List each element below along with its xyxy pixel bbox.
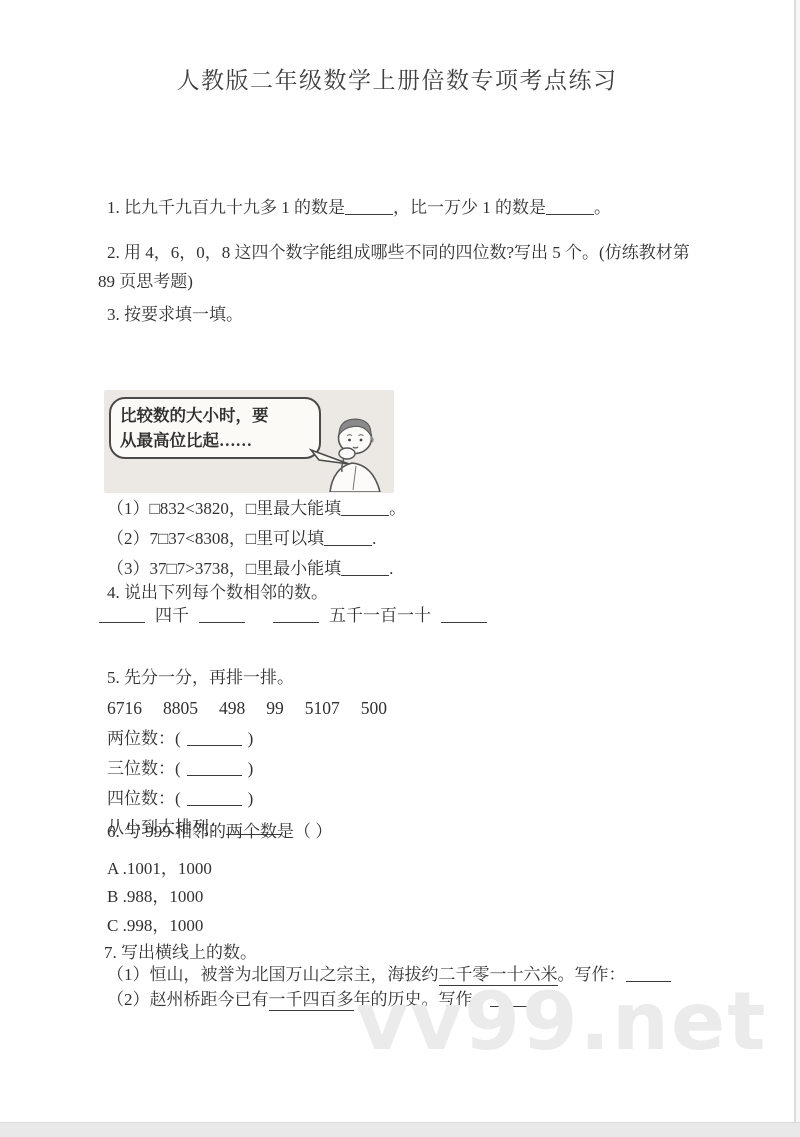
option-a: A .1001，1000: [107, 857, 212, 880]
answer-blank: [341, 562, 389, 576]
question-3-item-3-end: .: [389, 559, 393, 578]
number-item: 5107: [305, 698, 340, 718]
question-3-item-2: （2）7□37<8308，□里可以填.: [107, 527, 406, 550]
question-1-text-b: ，比一万少 1 的数是: [393, 198, 546, 217]
thinking-boy-icon: [320, 410, 392, 492]
speech-bubble-line2: 从最高位比起……: [120, 429, 311, 454]
question-3-item-2-text: （2）7□37<8308，□里可以填: [107, 529, 324, 548]
question-6-heading: 6. 与 999 相邻的两个数是（ ）: [107, 820, 332, 843]
underlined-phrase: 一千四百多: [269, 990, 354, 1011]
row-close: ): [248, 789, 254, 808]
question-7-item-2-text: （2）赵州桥距今已有: [107, 990, 269, 1009]
answer-blank: [187, 792, 242, 806]
number-item: 6716: [107, 698, 142, 718]
row-close: ): [248, 729, 254, 748]
question-4-heading: 4. 说出下列每个数相邻的数。: [107, 581, 328, 604]
number-item: 8805: [163, 698, 198, 718]
question-3-item-2-end: .: [372, 529, 376, 548]
question-1-text-c: 。: [594, 198, 611, 217]
row-label: 四位数：(: [107, 789, 181, 808]
question-3-item-3-text: （3）37□7>3738，□里最小能填: [107, 559, 341, 578]
answer-blank: [99, 609, 145, 623]
number-item: 500: [361, 698, 387, 718]
answer-blank: [546, 201, 594, 215]
question-7-heading: 7. 写出横线上的数。: [104, 941, 257, 964]
question-3-item-1: （1）□832<3820，□里最大能填。: [107, 497, 406, 520]
question-4-blanks-line: 四千五千一百一十: [99, 604, 487, 627]
page-right-edge: [794, 0, 796, 1122]
question-5-heading: 5. 先分一分，再排一排。: [107, 666, 408, 689]
question-6-options: A .1001，1000 B .988，1000 C .998，1000: [107, 857, 212, 942]
question-2: 2. 用 4，6，0，8 这四个数字能组成哪些不同的四位数?写出 5 个。(仿练…: [98, 241, 690, 300]
answer-blank: [324, 532, 372, 546]
row-label: 三位数：(: [107, 759, 181, 778]
question-5-row-3digit: 三位数：(): [107, 757, 408, 780]
option-c: C .998，1000: [107, 914, 212, 937]
number-item: 99: [266, 698, 284, 718]
speech-bubble: 比较数的大小时，要 从最高位比起……: [109, 397, 321, 459]
question-4-label-2: 五千一百一十: [329, 606, 431, 625]
question-5-numbers: 67168805498995107500: [107, 696, 408, 720]
answer-blank: [273, 609, 319, 623]
question-4-label-1: 四千: [155, 606, 189, 625]
question-3-item-1-text: （1）□832<3820，□里最大能填: [107, 499, 341, 518]
scanned-worksheet-page: { "document": { "title": "人教版二年级数学上册倍数专项…: [0, 0, 800, 1137]
row-close: ): [248, 759, 254, 778]
number-item: 498: [219, 698, 245, 718]
question-1: 1. 比九千九百九十九多 1 的数是，比一万少 1 的数是。: [107, 196, 611, 219]
page-title: 人教版二年级数学上册倍数专项考点练习: [0, 62, 794, 95]
question-3-items: （1）□832<3820，□里最大能填。 （2）7□37<8308，□里可以填.…: [107, 497, 406, 587]
answer-blank: [199, 609, 245, 623]
question-2-line1: 2. 用 4，6，0，8 这四个数字能组成哪些不同的四位数?写出 5 个。(仿练…: [107, 241, 690, 264]
answer-blank: [187, 762, 242, 776]
page-right-margin: [796, 0, 800, 1122]
question-5-row-4digit: 四位数：(): [107, 787, 408, 810]
question-3-item-1-end: 。: [389, 499, 406, 518]
question-1-text-a: 1. 比九千九百九十九多 1 的数是: [107, 198, 345, 217]
answer-blank: [187, 732, 242, 746]
site-watermark: vv99.net: [356, 982, 767, 1062]
page-bottom-strip: [0, 1122, 800, 1137]
row-label: 两位数：(: [107, 729, 181, 748]
option-b: B .988，1000: [107, 885, 212, 908]
question-3-heading: 3. 按要求填一填。: [107, 303, 243, 326]
answer-blank: [441, 609, 487, 623]
question-5-row-2digit: 两位数：(): [107, 727, 408, 750]
answer-blank: [345, 201, 393, 215]
speech-bubble-line1: 比较数的大小时，要: [120, 404, 311, 429]
hint-illustration: 比较数的大小时，要 从最高位比起……: [104, 390, 394, 493]
question-2-line2: 89 页思考题): [98, 270, 690, 293]
answer-blank: [341, 502, 389, 516]
question-3-item-3: （3）37□7>3738，□里最小能填.: [107, 557, 406, 580]
